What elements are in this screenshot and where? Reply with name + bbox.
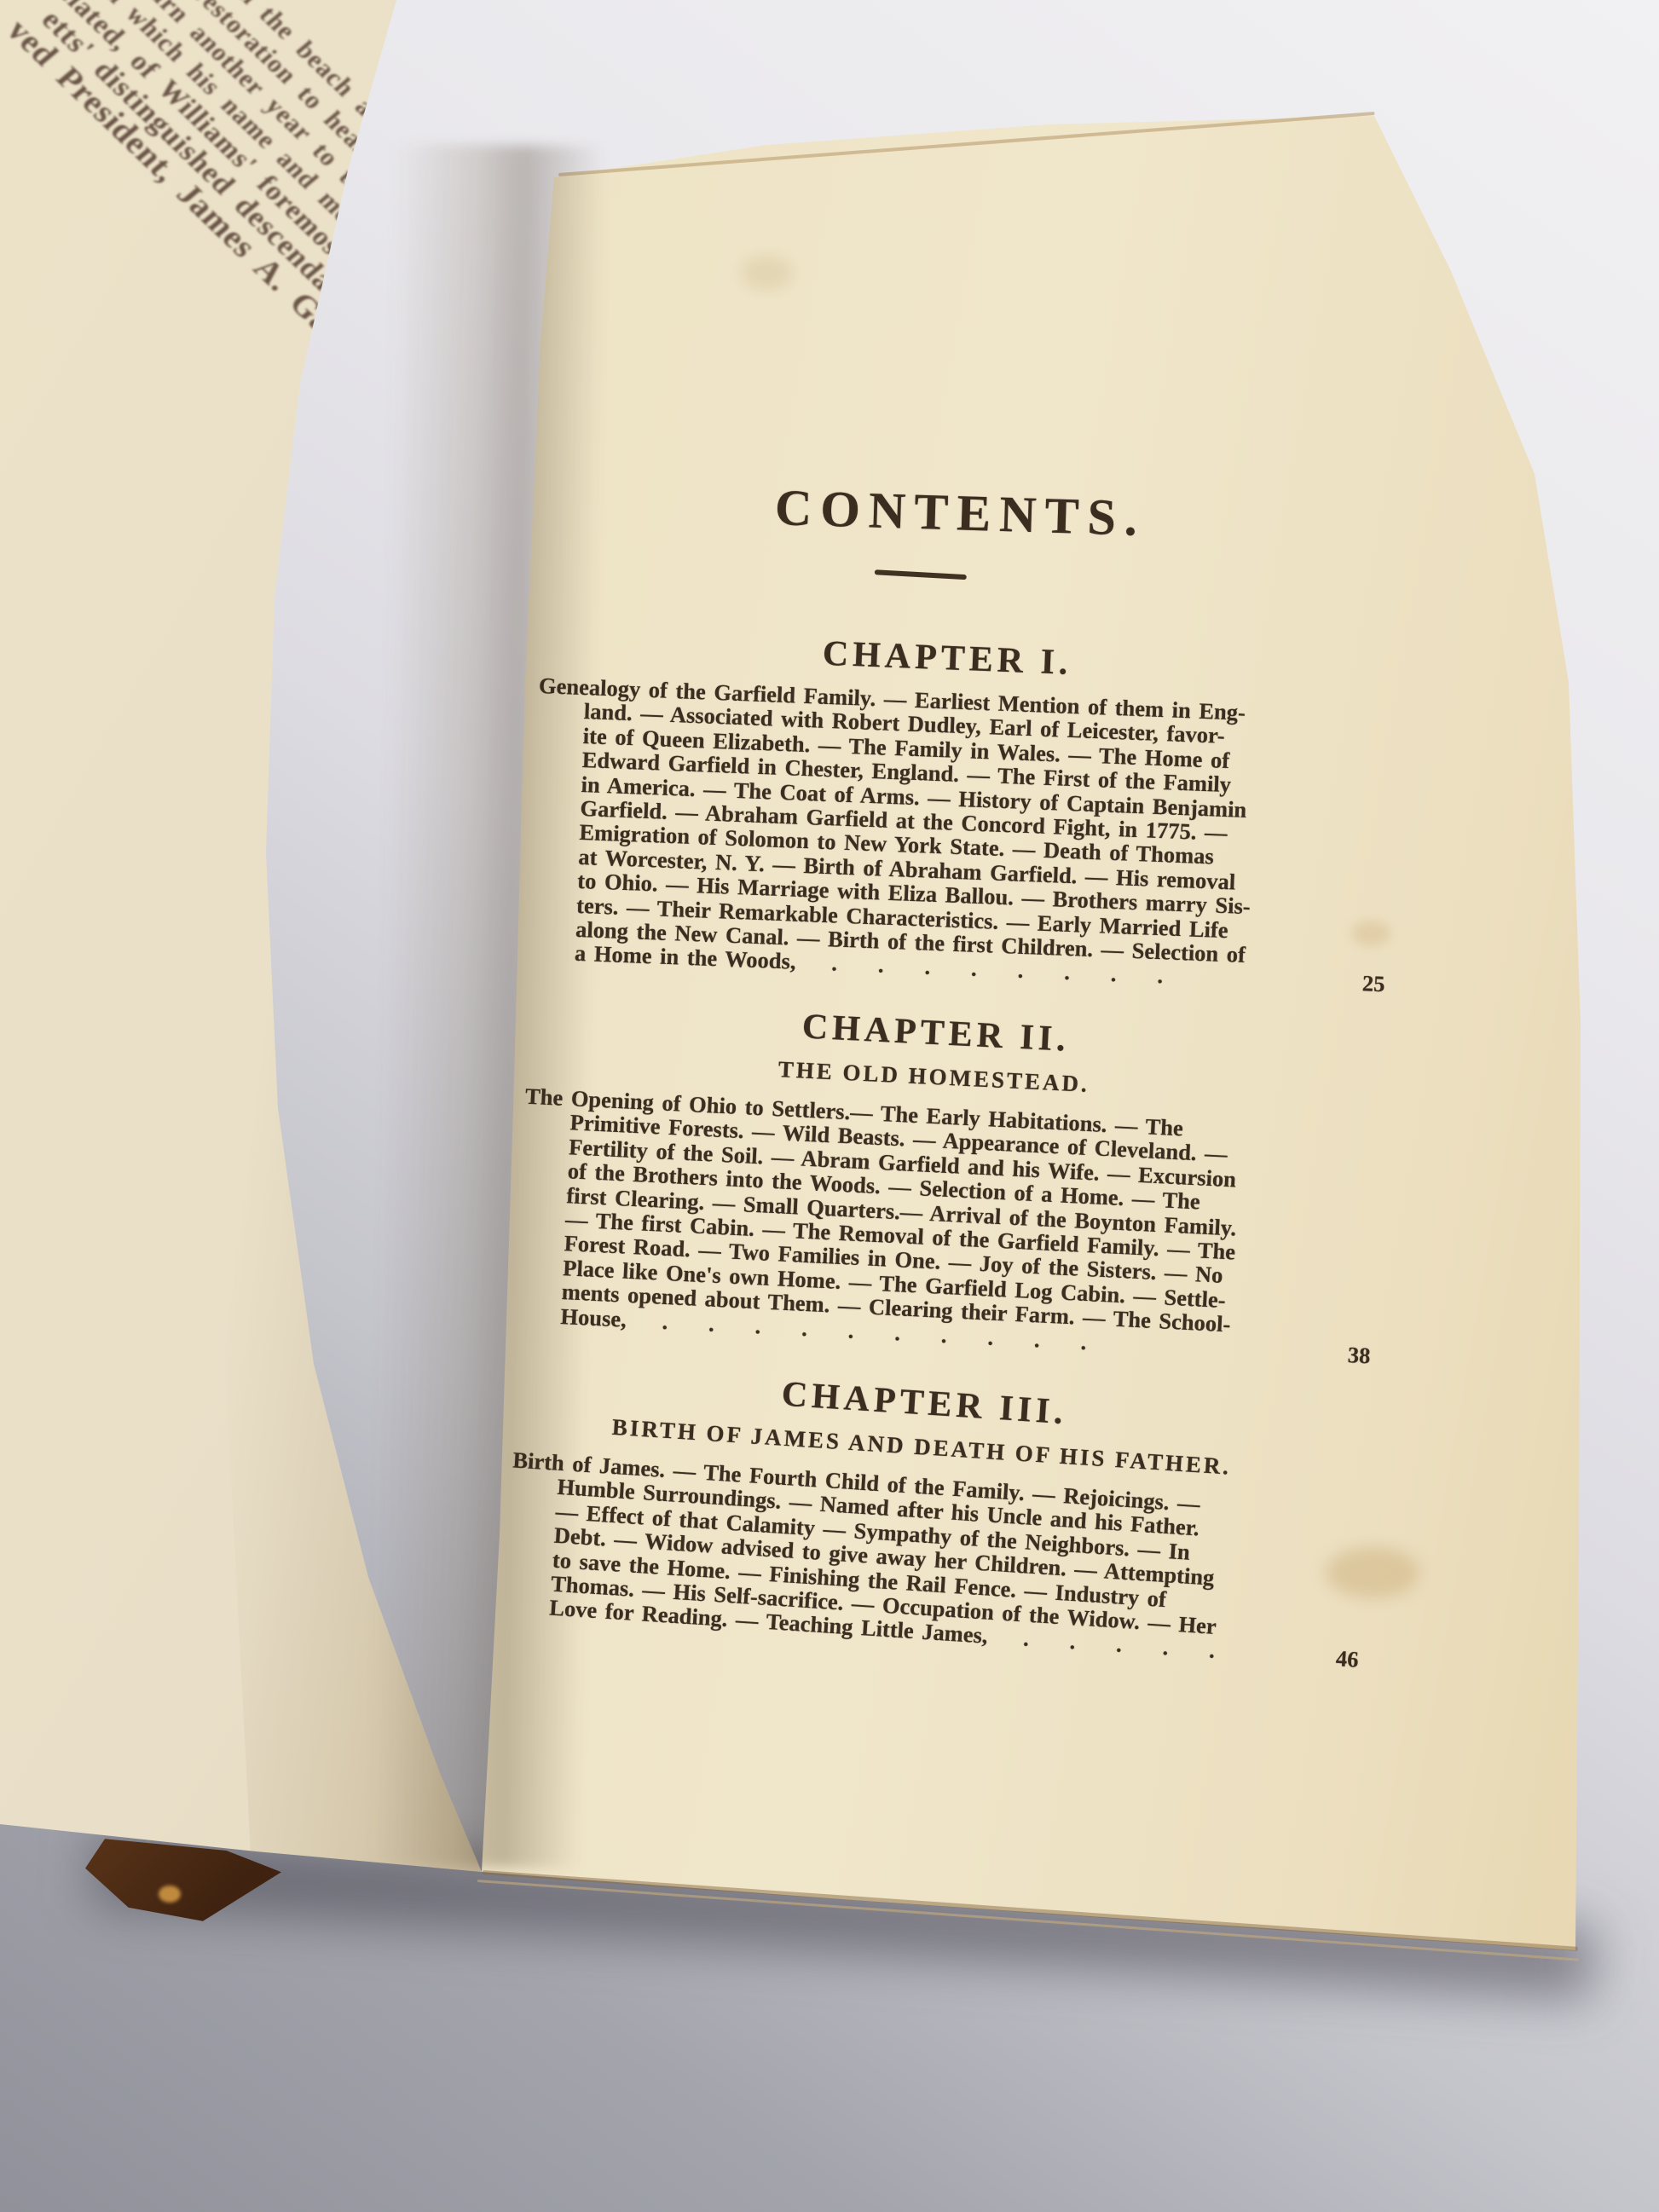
foxing-stain <box>742 256 793 290</box>
contents-page: CONTENTS. CHAPTER I. Genealogy of the Ga… <box>512 471 1402 1643</box>
chapter-1-summary: Genealogy of the Garfield Family. — Earl… <box>529 673 1396 973</box>
page-title: CONTENTS. <box>531 471 1390 556</box>
chapter-1-entry: CHAPTER I. Genealogy of the Garfield Fam… <box>529 622 1398 996</box>
book-photo: les upon the beach at r the restoration … <box>0 0 1659 2212</box>
page-number: 38 <box>1347 1343 1371 1368</box>
cover-wear-spot <box>159 1886 181 1903</box>
chapter-2-entry: CHAPTER II. THE OLD HOMESTEAD. The Openi… <box>514 993 1386 1368</box>
toc-line: House, <box>560 1304 627 1331</box>
chapter-3-entry: CHAPTER III. BIRTH OF JAMES AND DEATH OF… <box>503 1357 1375 1672</box>
page-number: 25 <box>1361 972 1385 996</box>
chapter-2-summary: The Opening of Ohio to Settlers.— The Ea… <box>515 1084 1381 1343</box>
page-number: 46 <box>1335 1647 1359 1672</box>
title-rule <box>874 569 966 580</box>
